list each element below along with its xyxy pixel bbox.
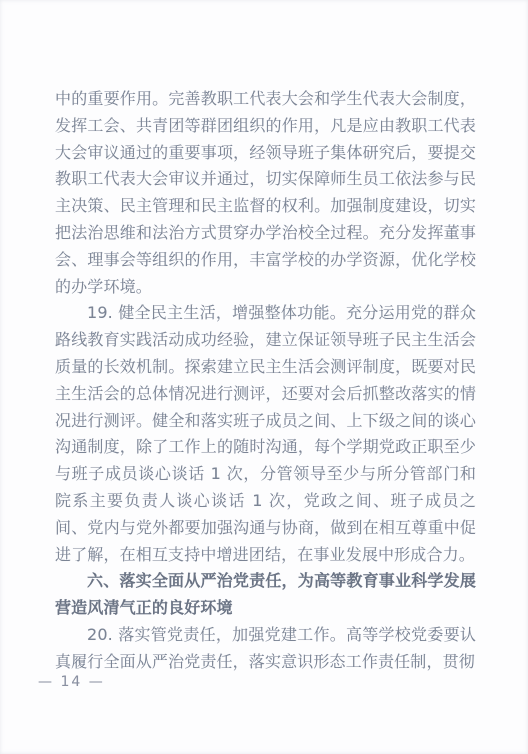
paragraph-item-19: 19. 健全民主生活，增强整体功能。充分运用党的群众路线教育实践活动成功经验，建… — [55, 300, 476, 568]
paragraph-item-20: 20. 落实管党责任，加强党建工作。高等学校党委要认真履行全面从严治党责任，落实… — [55, 622, 476, 676]
document-body: 中的重要作用。完善教职工代表大会和学生代表大会制度，发挥工会、共青团等群团组织的… — [55, 86, 476, 676]
section-heading-six: 六、落实全面从严治党责任，为高等教育事业科学发展营造风清气正的良好环境 — [55, 568, 476, 622]
document-page: 中的重要作用。完善教职工代表大会和学生代表大会制度，发挥工会、共青团等群团组织的… — [0, 0, 528, 754]
page-number: — 14 — — [38, 672, 105, 692]
paragraph-continuation: 中的重要作用。完善教职工代表大会和学生代表大会制度，发挥工会、共青团等群团组织的… — [55, 86, 476, 300]
